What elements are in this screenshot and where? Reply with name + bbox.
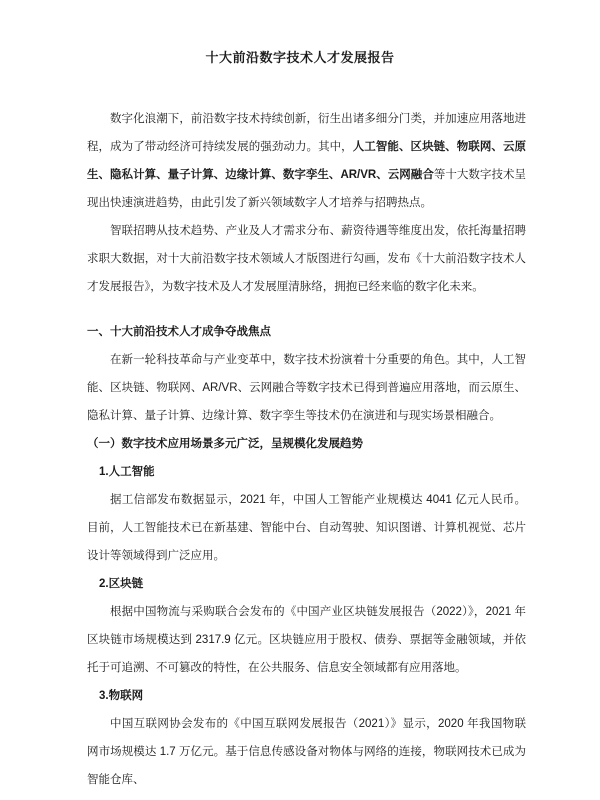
section-1-heading: 一、十大前沿技术人才成争夺战焦点 — [87, 318, 526, 346]
document-page: 十大前沿数字技术人才发展报告 数字化浪潮下，前沿数字技术持续创新，衍生出诸多细分… — [0, 0, 600, 800]
section-1-subsection-1-heading: （一）数字技术应用场景多元广泛，呈规模化发展趋势 — [87, 430, 526, 458]
item-2-blockchain-body: 根据中国物流与采购联合会发布的《中国产业区块链发展报告（2022）》，2021 … — [87, 598, 526, 682]
item-2-blockchain-heading: 2.区块链 — [87, 570, 526, 598]
document-content: 十大前沿数字技术人才发展报告 数字化浪潮下，前沿数字技术持续创新，衍生出诸多细分… — [0, 0, 600, 794]
item-3-iot-heading: 3.物联网 — [87, 682, 526, 710]
item-3-iot-body: 中国互联网协会发布的《中国互联网发展报告（2021）》显示，2020 年我国物联… — [87, 710, 526, 794]
item-1-ai-body: 据工信部发布数据显示，2021 年，中国人工智能产业规模达 4041 亿元人民币… — [87, 486, 526, 570]
intro-paragraph-1: 数字化浪潮下，前沿数字技术持续创新，衍生出诸多细分门类，并加速应用落地进程，成为… — [87, 105, 526, 217]
document-title: 十大前沿数字技术人才发展报告 — [0, 44, 600, 72]
intro-paragraph-2: 智联招聘从技术趋势、产业及人才需求分布、薪资待遇等维度出发，依托海量招聘求职大数… — [87, 217, 526, 301]
section-1-paragraph: 在新一轮科技革命与产业变革中，数字技术扮演着十分重要的角色。其中，人工智能、区块… — [87, 346, 526, 430]
item-1-ai-heading: 1.人工智能 — [87, 458, 526, 486]
